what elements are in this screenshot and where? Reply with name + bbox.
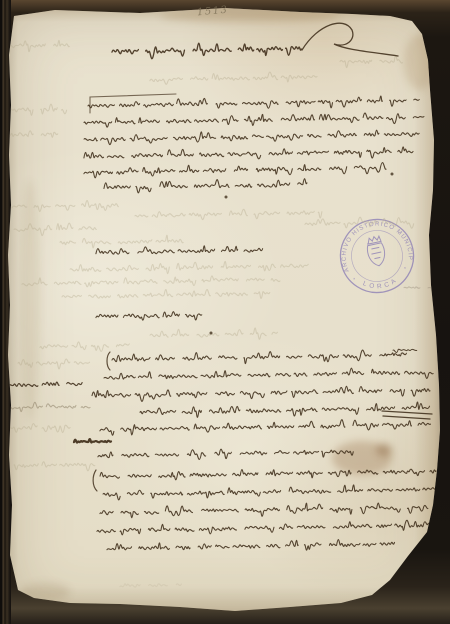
bleed-line: [340, 55, 404, 67]
ink-dot: [210, 332, 213, 335]
segura-line: [96, 311, 202, 322]
bleed-line: [9, 40, 69, 52]
para3-line: [100, 466, 437, 481]
para3-paren: [93, 470, 97, 491]
para3-line: [97, 520, 435, 536]
stain: [404, 34, 436, 90]
para1-box-mark: [90, 94, 176, 113]
bleed-line: [40, 341, 130, 352]
pencil-scribble: [404, 286, 433, 288]
para2-superscript: [393, 349, 417, 353]
bleed-line: [8, 423, 71, 434]
stain: [20, 583, 70, 601]
para1-line: [83, 112, 424, 129]
bleed-line: [70, 260, 309, 275]
strikethrough-mark: [382, 411, 432, 419]
para1-line: [104, 178, 308, 193]
heading-line: [111, 41, 302, 59]
stain: [160, 9, 340, 23]
para3-line: [107, 539, 395, 554]
edge-mark: [437, 95, 443, 113]
para2-line: [91, 385, 430, 402]
bleed-line: [62, 288, 271, 302]
para3-line: [99, 501, 443, 519]
bleed-line: [150, 71, 318, 84]
para2-line: [98, 447, 354, 461]
bleed-line: [13, 461, 95, 472]
para2-bracket: [107, 352, 110, 370]
ink-layer: ARCHIVO HISTÓRICO MUNICIPAL LORCA * *: [0, 0, 450, 624]
para1-line: [87, 95, 419, 112]
stamp-ornament-left: *: [353, 277, 356, 283]
ink-dot: [391, 173, 394, 176]
bleed-line: [6, 130, 58, 138]
para2-line: [111, 349, 406, 366]
bleed-line: [60, 235, 184, 248]
edge-mark: [435, 125, 442, 137]
book-gutter-edge: [0, 0, 11, 624]
bleed-line: [150, 328, 278, 342]
para2-line: [100, 418, 431, 435]
jurado-line: [96, 245, 263, 255]
bleed-line: [120, 583, 182, 588]
heading-flourish: [302, 23, 398, 56]
stain: [376, 444, 392, 456]
bleed-line: [7, 104, 67, 116]
margin-note-faded: [10, 401, 91, 411]
para1-line: [83, 145, 413, 163]
stamp-ornament-right: *: [404, 266, 407, 272]
bleed-line: [135, 208, 323, 221]
para1-line: [84, 162, 387, 179]
para3-line: [103, 483, 437, 500]
archive-stamp: ARCHIVO HISTÓRICO MUNICIPAL LORCA * *: [334, 213, 421, 300]
margin-note-moneda: [8, 382, 82, 387]
stamp-coat-of-arms-icon: [365, 235, 387, 267]
paper-stains: [20, 9, 436, 601]
ink-dot: [225, 196, 228, 199]
crossed-out-word: [74, 439, 111, 443]
scanned-manuscript-page: ARCHIVO HISTÓRICO MUNICIPAL LORCA * * 15…: [0, 0, 450, 624]
para1-line: [84, 128, 420, 145]
bleed-line: [22, 274, 281, 289]
para2-line: [103, 367, 433, 384]
